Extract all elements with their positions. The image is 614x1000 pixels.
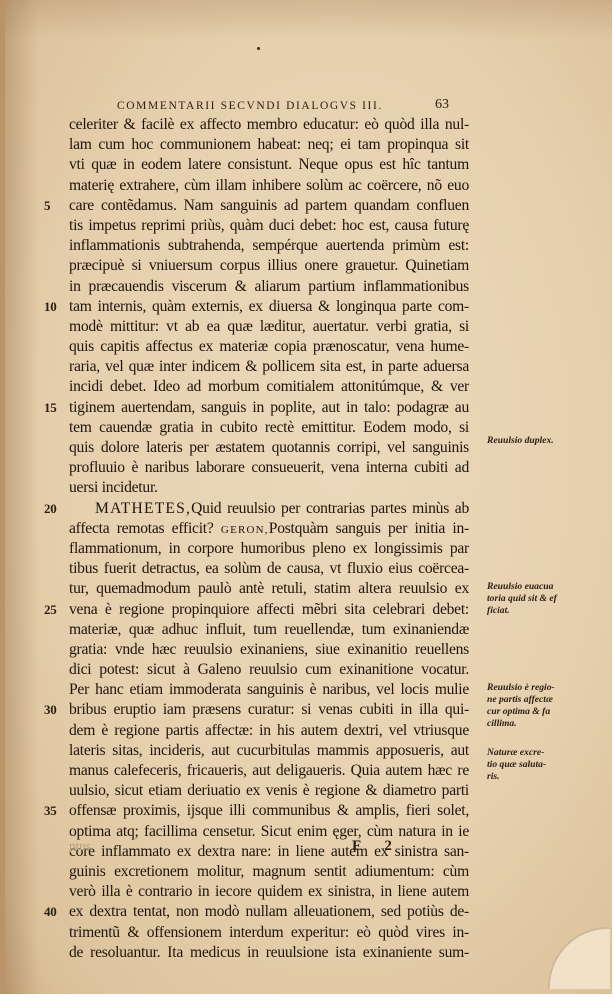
text-line: uulsio, sicut etiam deriuatio ex venis è… xyxy=(69,781,469,801)
line-text: tis impetus reprimi priùs, quàm duci deb… xyxy=(69,217,469,234)
catchword: ptus xyxy=(69,838,91,854)
text-line: 40ex dextra tentat, non modò nullam alle… xyxy=(69,902,469,922)
margin-note-line: Reuulsio duplex. xyxy=(487,435,597,447)
text-line: quis dolore lateris per æstatem quotanni… xyxy=(69,438,469,458)
line-text: Quid reuulsio per contrarias partes minù… xyxy=(191,500,469,517)
line-text: quis dolore lateris per æstatem quotanni… xyxy=(69,439,469,456)
text-line: materiæ, quæ adhuc influit, tum reuellen… xyxy=(69,620,469,640)
text-line: tis impetus reprimi priùs, quàm duci deb… xyxy=(69,216,469,236)
margin-note-line: cillima. xyxy=(487,718,597,730)
text-line: affecta remotas efficit? GERON,Postquàm … xyxy=(69,519,469,539)
line-text: flammationum, in corpore humoribus pleno… xyxy=(69,540,469,557)
text-line: 30bribus eruptio iam præsens curatur: si… xyxy=(69,700,469,720)
text-line: præcipuè si vniuersum corpus illius oner… xyxy=(69,256,469,276)
line-text: optima atq; facillima censetur. Sicut en… xyxy=(69,823,469,840)
speaker-name: MATHETES, xyxy=(95,500,191,517)
margin-note: Reuulsio euacuatoria quid sit & efficiat… xyxy=(487,581,597,617)
text-line: core inflammato ex dextra nare: in liene… xyxy=(69,842,469,862)
text-line: inflammationis subtrahenda, sempérque au… xyxy=(69,236,469,256)
text-line: profluuio è naribus laborare consueuerit… xyxy=(69,458,469,478)
line-number: 10 xyxy=(44,297,57,317)
line-text: core inflammato ex dextra nare: in liene… xyxy=(69,843,469,860)
line-text: tiginem auertendam, sanguis in poplite, … xyxy=(69,399,469,416)
margin-note-line: toria quid sit & ef xyxy=(487,593,597,605)
line-text: quis capitis affectus ex materiæ copia p… xyxy=(69,338,469,355)
text-line: lateris sitas, incideris, aut cucurbitul… xyxy=(69,741,469,761)
page-number: 63 xyxy=(435,97,449,113)
text-line: 25vena è regione propinquiore affecti mẽ… xyxy=(69,600,469,620)
text-line: 15tiginem auertendam, sanguis in poplite… xyxy=(69,398,469,418)
line-text: manus calefeceris, fricaueris, aut delig… xyxy=(69,762,469,779)
margin-note-line: cur optima & fa xyxy=(487,706,597,718)
speaker-name: GERON, xyxy=(221,524,269,536)
line-number: 40 xyxy=(44,902,57,922)
line-number: 5 xyxy=(44,196,50,216)
margin-note-line: Reuulsio è regio- xyxy=(487,682,597,694)
text-line: tem cauendæ gratia in cubito rectè emitt… xyxy=(69,418,469,438)
line-text: tem cauendæ gratia in cubito rectè emitt… xyxy=(69,419,469,436)
line-number: 20 xyxy=(44,499,57,519)
line-text: uersi incidetur. xyxy=(69,479,158,496)
line-text: vti quæ in eodem latere consistunt. Nequ… xyxy=(69,156,469,173)
body-text: celeriter & facilè ex affecto membro edu… xyxy=(69,115,469,963)
line-number: 15 xyxy=(44,398,57,418)
margin-note-line: ris. xyxy=(487,771,597,783)
text-line: trimentũ & offensionem interdum experitu… xyxy=(69,923,469,943)
signature-mark: F 2 xyxy=(352,838,402,855)
line-number: 30 xyxy=(44,700,57,720)
running-head: COMMENTARII SECVNDI DIALOGVS III. xyxy=(117,100,457,112)
text-line: 20MATHETES,Quid reuulsio per contrarias … xyxy=(69,499,469,519)
text-line: manus calefeceris, fricaueris, aut delig… xyxy=(69,761,469,781)
text-line: 35offensæ proximis, ijsque illi communib… xyxy=(69,801,469,821)
line-text: materiæ, quæ adhuc influit, tum reuellen… xyxy=(69,621,469,638)
line-text: lateris sitas, incideris, aut cucurbitul… xyxy=(69,742,469,759)
margin-note-line: tio quæ saluta- xyxy=(487,759,597,771)
text-line: optima atq; facillima censetur. Sicut en… xyxy=(69,822,469,842)
line-text: Postquàm sanguis per initia in- xyxy=(269,520,469,537)
line-number: 35 xyxy=(44,801,57,821)
text-line: tur, quemadmodum paulò antè retuli, stat… xyxy=(69,579,469,599)
line-text: incidi debet. Ideo ad morbum comitialem … xyxy=(69,378,469,395)
text-line: incidi debet. Ideo ad morbum comitialem … xyxy=(69,377,469,397)
text-line: lam cum hoc communionem habeat: neq; ei … xyxy=(69,135,469,155)
line-text: in præcauendis viscerum & aliarum partiu… xyxy=(69,278,469,295)
line-text: de resoluantur. Ita medicus in reuulsion… xyxy=(69,944,469,961)
text-line: gratia: vnde hæc reuulsio exinaniens, si… xyxy=(69,640,469,660)
line-text: guinis excretionem molitur, magnum senti… xyxy=(69,863,469,880)
line-text: profluuio è naribus laborare consueuerit… xyxy=(69,459,469,476)
line-text: uulsio, sicut etiam deriuatio ex venis è… xyxy=(69,782,469,799)
text-line: verò illa è contrario in iecore quidem e… xyxy=(69,882,469,902)
text-line: guinis excretionem molitur, magnum senti… xyxy=(69,862,469,882)
margin-note-line: Reuulsio euacua xyxy=(487,581,597,593)
page-corner-stain xyxy=(548,927,610,989)
line-text: gratia: vnde hæc reuulsio exinaniens, si… xyxy=(69,641,469,658)
line-text: dem è regione partis affectæ: in his aut… xyxy=(69,722,469,739)
line-text: bribus eruptio iam præsens curatur: si v… xyxy=(69,701,469,718)
line-text: tam internis, quàm externis, ex diuersa … xyxy=(69,298,469,315)
margin-note: Reuulsio duplex. xyxy=(487,435,597,447)
margin-note: Naturæ excre-tio quæ saluta-ris. xyxy=(487,747,597,783)
line-text: affecta remotas efficit? xyxy=(69,520,214,537)
book-page: COMMENTARII SECVNDI DIALOGVS III. 63 cel… xyxy=(0,0,612,994)
line-text: trimentũ & offensionem interdum experitu… xyxy=(69,924,469,941)
line-text: care contẽdamus. Nam sanguinis ad partem… xyxy=(69,197,469,214)
text-line: quis capitis affectus ex materiæ copia p… xyxy=(69,337,469,357)
line-text: Per hanc etiam immoderata sanguinis è na… xyxy=(69,681,469,698)
line-text: celeriter & facilè ex affecto membro edu… xyxy=(69,116,469,133)
margin-note-line: ne partis affectæ xyxy=(487,694,597,706)
text-line: Per hanc etiam immoderata sanguinis è na… xyxy=(69,680,469,700)
line-text: offensæ proximis, ijsque illi communibus… xyxy=(69,802,469,819)
ink-speck xyxy=(257,47,260,50)
text-line: tibus fuerit detractus, ea solùm de caus… xyxy=(69,559,469,579)
text-line: materię extrahere, cùm illam inhibere so… xyxy=(69,176,469,196)
line-text: tibus fuerit detractus, ea solùm de caus… xyxy=(69,560,469,577)
text-line: in præcauendis viscerum & aliarum partiu… xyxy=(69,277,469,297)
line-text: tur, quemadmodum paulò antè retuli, stat… xyxy=(69,580,469,597)
line-text: præcipuè si vniuersum corpus illius oner… xyxy=(69,257,469,274)
line-number: 25 xyxy=(44,600,57,620)
line-text: lam cum hoc communionem habeat: neq; ei … xyxy=(69,136,469,153)
text-line: dem è regione partis affectæ: in his aut… xyxy=(69,721,469,741)
margin-note: Reuulsio è regio-ne partis affectæcur op… xyxy=(487,682,597,730)
line-text: materię extrahere, cùm illam inhibere so… xyxy=(69,177,469,194)
text-line: de resoluantur. Ita medicus in reuulsion… xyxy=(69,943,469,963)
text-line: flammationum, in corpore humoribus pleno… xyxy=(69,539,469,559)
text-line: raria, vel quæ inter indicem & pollicem … xyxy=(69,357,469,377)
line-text: dici potest: sicut à Galeno reuulsio cum… xyxy=(69,661,469,678)
margin-note-line: Naturæ excre- xyxy=(487,747,597,759)
line-text: inflammationis subtrahenda, sempérque au… xyxy=(69,237,469,254)
line-text: modè mittitur: vt ab ea quæ læditur, aue… xyxy=(69,318,469,335)
text-line: modè mittitur: vt ab ea quæ læditur, aue… xyxy=(69,317,469,337)
text-line: uersi incidetur. xyxy=(69,478,469,498)
text-line: celeriter & facilè ex affecto membro edu… xyxy=(69,115,469,135)
text-line: 10tam internis, quàm externis, ex diuers… xyxy=(69,297,469,317)
line-text: verò illa è contrario in iecore quidem e… xyxy=(69,883,469,900)
text-line: 5care contẽdamus. Nam sanguinis ad parte… xyxy=(69,196,469,216)
line-text: vena è regione propinquiore affecti mẽbr… xyxy=(69,601,469,618)
line-text: ex dextra tentat, non modò nullam alleua… xyxy=(69,903,469,920)
text-line: dici potest: sicut à Galeno reuulsio cum… xyxy=(69,660,469,680)
line-text: raria, vel quæ inter indicem & pollicem … xyxy=(69,358,469,375)
text-line: vti quæ in eodem latere consistunt. Nequ… xyxy=(69,155,469,175)
margin-note-line: ficiat. xyxy=(487,605,597,617)
